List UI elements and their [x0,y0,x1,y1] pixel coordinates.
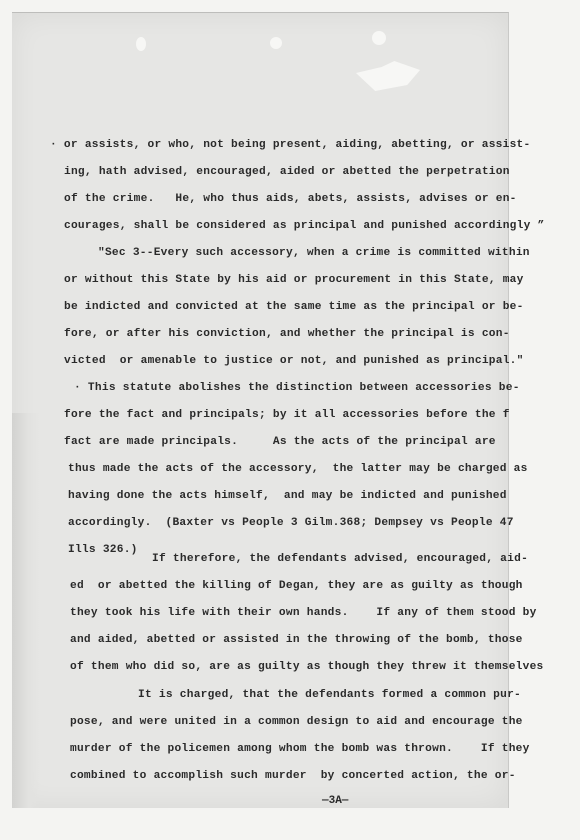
paper-tear [356,61,420,91]
text-line: pose, and were united in a common design… [70,715,523,729]
text-line: ed or abetted the killing of Degan, they… [70,579,523,593]
text-line: murder of the policemen among whom the b… [70,742,530,756]
text-line: fore the fact and principals; by it all … [64,408,510,422]
page-number: —3A— [322,795,348,807]
punch-hole-center [270,37,282,49]
punch-hole-right [372,31,386,45]
text-line: It is charged, that the defendants forme… [138,688,521,702]
text-line: thus made the acts of the accessory, the… [68,462,528,476]
text-line: or without this State by his aid or proc… [64,273,524,287]
text-line: · This statute abolishes the distinction… [74,381,520,395]
text-line: ing, hath advised, encouraged, aided or … [64,165,510,179]
text-line: If therefore, the defendants advised, en… [152,552,528,566]
text-line: accordingly. (Baxter vs People 3 Gilm.36… [68,516,514,530]
text-line: combined to accomplish such murder by co… [70,769,516,783]
text-line: fore, or after his conviction, and wheth… [64,327,510,341]
text-line: having done the acts himself, and may be… [68,489,507,503]
punch-hole-left [136,37,146,51]
text-line: of the crime. He, who thus aids, abets, … [64,192,517,206]
text-line: victed or amenable to justice or not, an… [64,354,524,368]
text-line: be indicted and convicted at the same ti… [64,300,524,314]
text-line: "Sec 3--Every such accessory, when a cri… [98,246,530,260]
text-line: of them who did so, are as guilty as tho… [70,660,544,674]
text-line: courages, shall be considered as princip… [64,219,545,233]
text-line: and aided, abetted or assisted in the th… [70,633,523,647]
text-line: they took his life with their own hands.… [70,606,537,620]
text-line: fact are made principals. As the acts of… [64,435,496,449]
text-line: · or assists, or who, not being present,… [50,138,531,152]
text-line: Ills 326.) [68,543,138,557]
